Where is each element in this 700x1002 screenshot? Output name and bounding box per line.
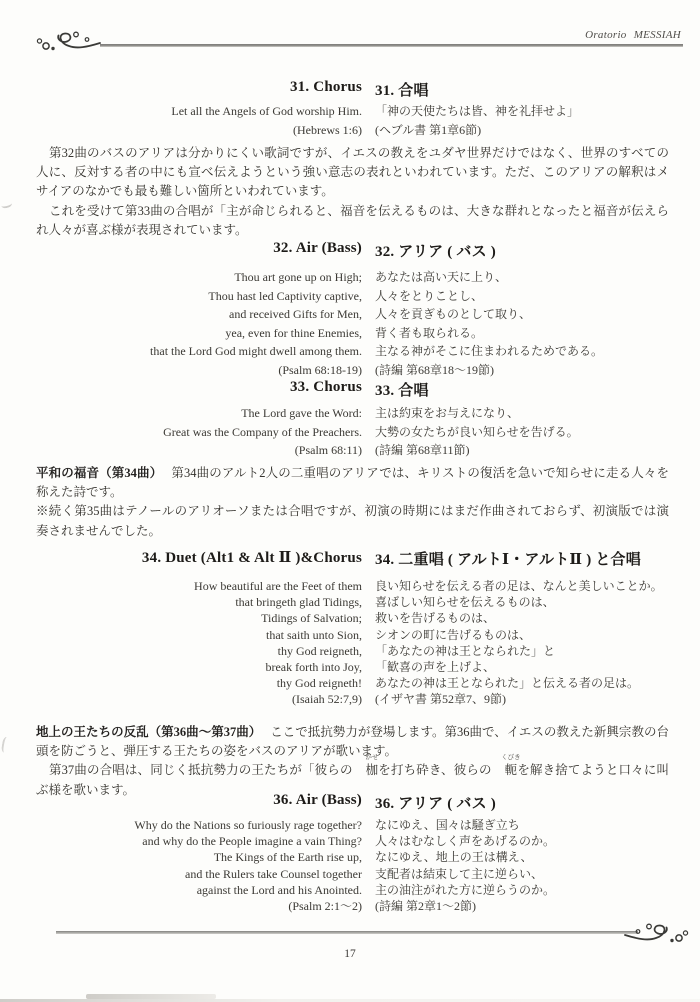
song-title-en: 34. Duet (Alt1 & Alt Ⅱ )&Chorus [0,548,362,569]
footer-rule [56,931,638,934]
lyric-line: yea, even for thine Enemies, 背く者も取られる。 [0,324,700,343]
lyric-en: that the Lord God might dwell among them… [0,342,362,361]
commentary-paragraph: これを受けて第33曲の合唱が「主が命じられると、福音を伝えるものは、大きな群れと… [36,202,669,240]
lyric-line: Great was the Company of the Preachers. … [0,423,700,442]
lyric-en: Thou art gone up on High; [0,268,362,287]
scripture-reference: (Hebrews 1:6) (ヘブル書 第1章6節) [0,121,700,140]
song-title-ja: 33. 合唱 [375,379,700,400]
commentary-lead: 地上の王たちの反乱（第36曲～第37曲） [36,725,270,739]
lyric-en: Thou hast led Captivity captive, [0,287,362,306]
reference-ja: (詩編 第68章11節) [375,441,700,460]
running-title: Oratorio MESSIAH [585,29,681,41]
commentary-paragraph: 第32曲のバスのアリアは分かりにくい歌詞ですが、イエスの教えをユダヤ世界だけでは… [36,144,669,202]
commentary-lead: 平和の福音（第34曲） [36,466,171,480]
lyric-ja: 「歓喜の声を上げよ、 [375,659,700,675]
song-36-heading: 36. Air (Bass) 36. アリア ( バス ) [0,792,700,813]
lyric-line: against the Lord and his Anointed. 主の油注が… [0,882,700,898]
song-title-ja: 32. アリア ( バス ) [375,240,700,261]
lyric-ja: 喜ばしい知らせを伝えるものは、 [375,594,700,610]
lyric-ja: 支配者は結束して主に逆らい、 [375,866,700,882]
running-title-messiah: MESSIAH [634,29,681,41]
lyric-line: Thou hast led Captivity captive, 人々をとりこと… [0,287,700,306]
scripture-reference: (Psalm 68:11) (詩編 第68章11節) [0,441,700,460]
scan-artifact [1,736,13,753]
lyric-ja: 良い知らせを伝える者の足は、なんと美しいことか。 [375,578,700,594]
ruby-kase: かせ枷 [353,761,379,780]
scripture-reference: (Psalm 2:1～2) (詩編 第2章1～2節) [0,898,700,914]
lyric-ja: 背く者も取られる。 [375,324,700,343]
lyric-line: and why do the People imagine a vain Thi… [0,833,700,849]
lyric-ja: 主の油注がれた方に逆らうのか。 [375,882,700,898]
song-title-ja: 36. アリア ( バス ) [375,792,700,813]
commentary-note: ※続く第35曲はテノールのアリオーソまたは合唱ですが、初演の時期にはまだ作曲され… [36,502,669,540]
scan-artifact [0,200,12,209]
reference-en: (Psalm 68:11) [0,441,362,460]
song-36-lyrics: Why do the Nations so furiously rage tog… [0,817,700,914]
lyric-ja: 人々を貢ぎものとして取り、 [375,305,700,324]
lyric-ja: 人々をとりことし、 [375,287,700,306]
lyric-ja: 主なる神がそこに住まわれるためである。 [375,342,700,361]
lyric-en: How beautiful are the Feet of them [0,578,362,594]
commentary-paragraph: 平和の福音（第34曲）第34曲のアルト2人の二重唱のアリアでは、キリストの復活を… [36,464,669,502]
song-32-lyrics: Thou art gone up on High; あなたは高い天に上り、 Th… [0,268,700,380]
lyric-en: yea, even for thine Enemies, [0,324,362,343]
lyric-line: thy God reigneth! あなたの神は王となられた」と伝える者の足は。 [0,675,700,691]
commentary-32-33: 第32曲のバスのアリアは分かりにくい歌詞ですが、イエスの教えをユダヤ世界だけでは… [36,144,669,240]
lyric-en: and the Rulers take Counsel together [0,866,362,882]
lyric-en: thy God reigneth, [0,643,362,659]
lyric-line: The Lord gave the Word: 主は約束をお与えになり、 [0,404,700,423]
lyric-line: How beautiful are the Feet of them 良い知らせ… [0,578,700,594]
song-title-en: 32. Air (Bass) [0,240,362,261]
lyric-en: Tidings of Salvation; [0,610,362,626]
commentary-34: 平和の福音（第34曲）第34曲のアルト2人の二重唱のアリアでは、キリストの復活を… [36,464,669,541]
lyric-en: break forth into Joy, [0,659,362,675]
song-32-heading: 32. Air (Bass) 32. アリア ( バス ) [0,240,700,261]
lyric-ja: 「あなたの神は王となられた」と [375,643,700,659]
reference-ja: (イザヤ書 第52章7、9節) [375,691,700,707]
lyric-ja: なにゆえ、地上の王は構え、 [375,849,700,865]
commentary-text: を打ち砕き、彼らの [378,763,492,777]
song-31-lyrics: Let all the Angels of God worship Him. 「… [0,102,700,140]
reference-en: (Isaiah 52:7,9) [0,691,362,707]
ruby-kubiki: くびき軛 [492,761,518,780]
lyric-line: and received Gifts for Men, 人々を貢ぎものとして取り… [0,305,700,324]
lyric-en: Why do the Nations so furiously rage tog… [0,817,362,833]
scan-artifact [86,994,216,999]
lyric-ja: 人々はむなしく声をあげるのか。 [375,833,700,849]
lyric-line: Tidings of Salvation; 救いを告げるものは、 [0,610,700,626]
lyric-line: that bringeth glad Tidings, 喜ばしい知らせを伝えるも… [0,594,700,610]
furigana-kase: かせ [352,755,378,762]
reference-en: (Psalm 2:1～2) [0,898,362,914]
lyric-line: thy God reigneth, 「あなたの神は王となられた」と [0,643,700,659]
song-33-heading: 33. Chorus 33. 合唱 [0,379,700,400]
furigana-kubiki: くびき [488,755,521,762]
scripture-reference: (Isaiah 52:7,9) (イザヤ書 第52章7、9節) [0,691,700,707]
reference-en: (Psalm 68:18-19) [0,361,362,380]
ruby-base-kase: 枷 [366,763,379,777]
lyric-en: The Lord gave the Word: [0,404,362,423]
lyric-en: Let all the Angels of God worship Him. [0,102,362,121]
song-title-ja: 34. 二重唱 ( アルトⅠ・アルトⅡ ) と合唱 [375,548,700,569]
header-flourish-icon [33,27,101,55]
lyric-ja: あなたは高い天に上り、 [375,268,700,287]
lyric-line: that saith unto Sion, シオンの町に告げるものは、 [0,627,700,643]
lyric-line: Thou art gone up on High; あなたは高い天に上り、 [0,268,700,287]
song-title-en: 31. Chorus [0,79,362,100]
reference-ja: (ヘブル書 第1章6節) [375,121,700,140]
lyric-en: and why do the People imagine a vain Thi… [0,833,362,849]
lyric-line: Why do the Nations so furiously rage tog… [0,817,700,833]
reference-ja: (詩編 第2章1～2節) [375,898,700,914]
lyric-ja: あなたの神は王となられた」と伝える者の足は。 [375,675,700,691]
running-title-oratorio: Oratorio [585,29,627,41]
header-rule [100,44,683,47]
lyric-line: Let all the Angels of God worship Him. 「… [0,102,700,121]
lyric-en: that bringeth glad Tidings, [0,594,362,610]
scripture-reference: (Psalm 68:18-19) (詩編 第68章18～19節) [0,361,700,380]
song-title-en: 36. Air (Bass) [0,792,362,813]
ruby-base-kubiki: 軛 [505,763,518,777]
lyric-ja: 主は約束をお与えになり、 [375,404,700,423]
lyric-line: that the Lord God might dwell among them… [0,342,700,361]
lyric-line: The Kings of the Earth rise up, なにゆえ、地上の… [0,849,700,865]
song-31-heading: 31. Chorus 31. 合唱 [0,79,700,100]
lyric-en: and received Gifts for Men, [0,305,362,324]
lyric-en: The Kings of the Earth rise up, [0,849,362,865]
lyric-en: that saith unto Sion, [0,627,362,643]
commentary-text: 第37曲の合唱は、同じく抵抗勢力の王たちが「彼らの [49,763,353,777]
lyric-ja: なにゆえ、国々は騒ぎ立ち [375,817,700,833]
song-34-heading: 34. Duet (Alt1 & Alt Ⅱ )&Chorus 34. 二重唱 … [0,548,700,569]
lyric-ja: 大勢の女たちが良い知らせを告げる。 [375,423,700,442]
song-title-en: 33. Chorus [0,379,362,400]
reference-en: (Hebrews 1:6) [0,121,362,140]
commentary-36-37: 地上の王たちの反乱（第36曲～第37曲）ここで抵抗勢力が登場します。第36曲で、… [36,723,669,800]
page-number: 17 [0,948,700,960]
lyric-en: thy God reigneth! [0,675,362,691]
reference-ja: (詩編 第68章18～19節) [375,361,700,380]
lyric-ja: 救いを告げるものは、 [375,610,700,626]
lyric-line: break forth into Joy, 「歓喜の声を上げよ、 [0,659,700,675]
lyric-en: against the Lord and his Anointed. [0,882,362,898]
footer-flourish-icon [624,915,692,947]
lyric-en: Great was the Company of the Preachers. [0,423,362,442]
lyric-line: and the Rulers take Counsel together 支配者… [0,866,700,882]
lyric-ja: 「神の天使たちは皆、神を礼拝せよ」 [375,102,700,121]
program-page: Oratorio MESSIAH 31. Chorus 31. 合唱 Let a… [0,0,700,1002]
song-34-lyrics: How beautiful are the Feet of them 良い知らせ… [0,578,700,708]
song-title-ja: 31. 合唱 [375,79,700,100]
song-33-lyrics: The Lord gave the Word: 主は約束をお与えになり、 Gre… [0,404,700,460]
lyric-ja: シオンの町に告げるものは、 [375,627,700,643]
